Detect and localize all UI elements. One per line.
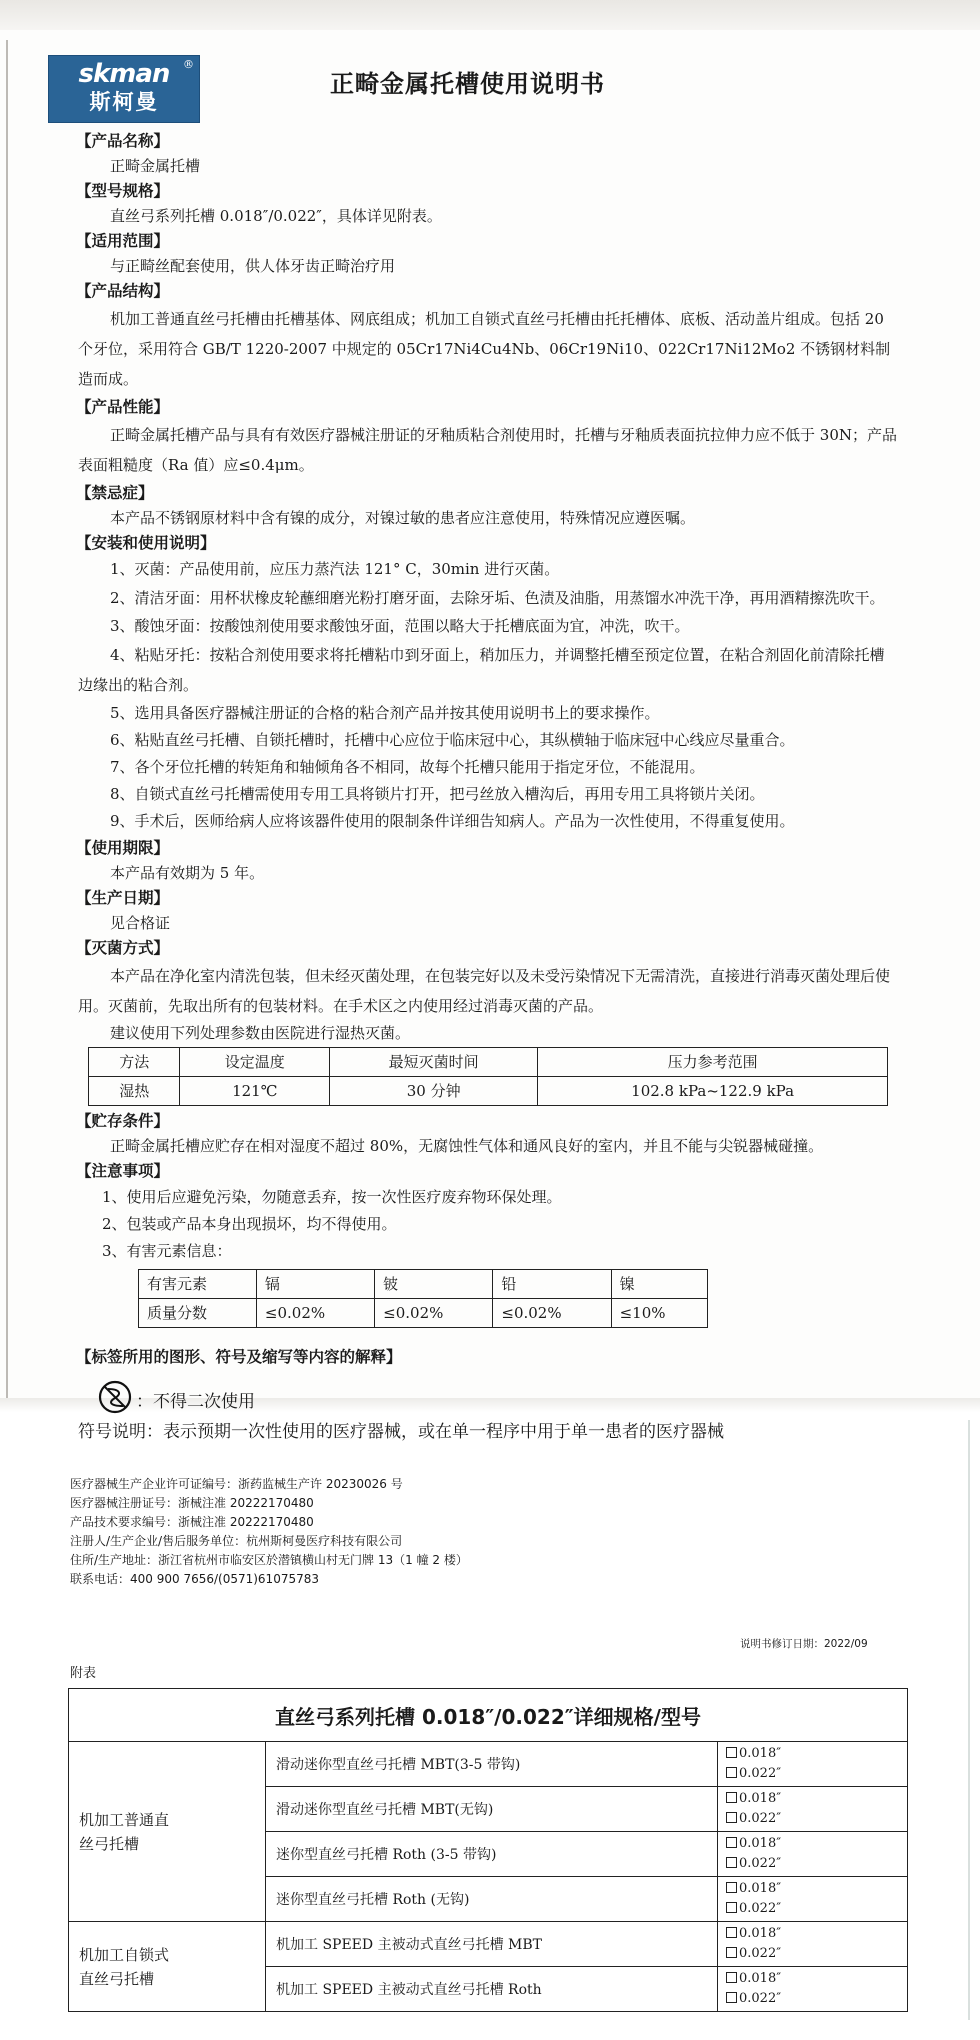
- install-step: 7、各个牙位托槽的转矩角和轴倾角各不相同，故每个托槽只能用于指定牙位，不能混用。: [78, 754, 898, 781]
- note-item: 3、有害元素信息：: [78, 1238, 898, 1265]
- checkbox-icon[interactable]: [726, 1857, 737, 1868]
- heading-installation: 【安装和使用说明】: [76, 530, 898, 556]
- group-name-line: 机加工普通直: [79, 1808, 264, 1832]
- table-header-cell: 压力参考范围: [538, 1048, 888, 1077]
- table-header-cell: 设定温度: [180, 1048, 330, 1077]
- storage-text: 正畸金属托槽应贮存在相对湿度不超过 80%，无腐蚀性气体和通风良好的室内，并且不…: [78, 1134, 898, 1158]
- checkbox-icon[interactable]: [726, 1882, 737, 1893]
- symbol-label: ：不得二次使用: [136, 1390, 255, 1414]
- table-header-cell: 最短灭菌时间: [330, 1048, 538, 1077]
- table-cell: ≤0.02%: [375, 1299, 493, 1328]
- registrant: 注册人/生产企业/售后服务单位：杭州斯柯曼医疗科技有限公司: [70, 1532, 468, 1551]
- shelf-life-text: 本产品有效期为 5 年。: [78, 861, 898, 885]
- checkbox-0018[interactable]: 0.018″: [726, 1834, 906, 1854]
- model-name: 机加工 SPEED 主被动式直丝弓托槽 MBT: [266, 1922, 718, 1967]
- install-step: 5、选用具备医疗器械注册证的合格的粘合剂产品并按其使用说明书上的要求操作。: [78, 700, 898, 727]
- option-label: 0.022″: [739, 1901, 781, 1916]
- table-cell: 湿热: [89, 1077, 180, 1106]
- hazard-element-table: 有害元素 镉 铍 铅 镍 质量分数 ≤0.02% ≤0.02% ≤0.02% ≤…: [138, 1269, 708, 1328]
- production-date-text: 见合格证: [78, 911, 898, 935]
- table-row: 机加工自锁式 直丝弓托槽 机加工 SPEED 主被动式直丝弓托槽 MBT 0.0…: [69, 1922, 908, 1967]
- option-label: 0.022″: [739, 1991, 781, 2006]
- revision-date: 说明书修订日期：2022/09: [740, 1636, 868, 1651]
- size-options: 0.018″ 0.022″: [718, 1967, 908, 2012]
- checkbox-0018[interactable]: 0.018″: [726, 1789, 906, 1809]
- checkbox-icon[interactable]: [726, 1747, 737, 1758]
- checkbox-icon[interactable]: [726, 1767, 737, 1778]
- table-row: 质量分数 ≤0.02% ≤0.02% ≤0.02% ≤10%: [139, 1299, 708, 1328]
- manufacturer-info: 医疗器械生产企业许可证编号：浙药监械生产许 20230026 号 医疗器械注册证…: [70, 1475, 468, 1589]
- checkbox-icon[interactable]: [726, 1972, 737, 1983]
- checkbox-0022[interactable]: 0.022″: [726, 1944, 906, 1964]
- paper-edge-right: [968, 1420, 970, 2020]
- install-step: 1、灭菌：产品使用前，应压力蒸汽法 121° C，30min 进行灭菌。: [78, 556, 898, 583]
- install-step: 2、清洁牙面：用杯状橡皮轮蘸细磨光粉打磨牙面，去除牙垢、色渍及油脂，用蒸馏水冲洗…: [78, 583, 898, 613]
- install-step: 8、自锁式直丝弓托槽需使用专用工具将锁片打开，把弓丝放入槽沟后，再用专用工具将锁…: [78, 781, 898, 808]
- document-body: 【产品名称】 正畸金属托槽 【型号规格】 直丝弓系列托槽 0.018″/0.02…: [78, 128, 898, 1444]
- contraindication-text: 本产品不锈钢原材料中含有镍的成分，对镍过敏的患者应注意使用，特殊情况应遵医嘱。: [78, 506, 898, 530]
- heading-model-spec: 【型号规格】: [76, 178, 898, 204]
- checkbox-icon[interactable]: [726, 1792, 737, 1803]
- brand-logo: ® skman 斯柯曼: [48, 55, 200, 123]
- heading-symbols: 【标签所用的图形、符号及缩写等内容的解释】: [76, 1344, 898, 1370]
- heading-product-name: 【产品名称】: [76, 128, 898, 154]
- product-name-text: 正畸金属托槽: [78, 154, 898, 178]
- logo-text-zh: 斯柯曼: [49, 89, 199, 115]
- sterilization-table: 方法 设定温度 最短灭菌时间 压力参考范围 湿热 121℃ 30 分钟 102.…: [88, 1047, 888, 1106]
- model-name: 迷你型直丝弓托槽 Roth (3-5 带钩): [266, 1832, 718, 1877]
- license-number: 医疗器械生产企业许可证编号：浙药监械生产许 20230026 号: [70, 1475, 468, 1494]
- table-header-cell: 方法: [89, 1048, 180, 1077]
- install-step: 9、手术后，医师给病人应将该器件使用的限制条件详细告知病人。产品为一次性使用，不…: [78, 808, 898, 835]
- table-row: 机加工普通直 丝弓托槽 滑动迷你型直丝弓托槽 MBT(3-5 带钩) 0.018…: [69, 1742, 908, 1787]
- option-label: 0.018″: [739, 1746, 781, 1761]
- table-cell: ≤0.02%: [493, 1299, 611, 1328]
- option-label: 0.018″: [739, 1881, 781, 1896]
- do-not-reuse-icon: [98, 1380, 132, 1414]
- install-step: 6、粘贴直丝弓托槽、自锁托槽时，托槽中心应位于临床冠中心，其纵横轴于临床冠中心线…: [78, 727, 898, 754]
- option-label: 0.018″: [739, 1791, 781, 1806]
- model-name: 滑动迷你型直丝弓托槽 MBT(3-5 带钩): [266, 1742, 718, 1787]
- tech-requirement-number: 产品技术要求编号：浙械注准 20222170480: [70, 1513, 468, 1532]
- paper-edge: [6, 40, 8, 1400]
- checkbox-icon[interactable]: [726, 1947, 737, 1958]
- scan-top-edge: [0, 0, 980, 30]
- checkbox-0022[interactable]: 0.022″: [726, 1899, 906, 1919]
- size-options: 0.018″ 0.022″: [718, 1787, 908, 1832]
- checkbox-0018[interactable]: 0.018″: [726, 1969, 906, 1989]
- table-header-cell: 镉: [256, 1270, 374, 1299]
- heading-structure: 【产品结构】: [76, 278, 898, 304]
- heading-shelf-life: 【使用期限】: [76, 835, 898, 861]
- size-options: 0.018″ 0.022″: [718, 1922, 908, 1967]
- heading-contraindication: 【禁忌症】: [76, 480, 898, 506]
- option-label: 0.022″: [739, 1811, 781, 1826]
- table-header-cell: 铅: [493, 1270, 611, 1299]
- option-label: 0.018″: [739, 1836, 781, 1851]
- install-step: 4、粘贴牙托：按粘合剂使用要求将托槽粘巾到牙面上，稍加压力，并调整托槽至预定位置…: [78, 640, 898, 700]
- table-cell: ≤10%: [611, 1299, 707, 1328]
- option-label: 0.022″: [739, 1766, 781, 1781]
- table-header-row: 有害元素 镉 铍 铅 镍: [139, 1270, 708, 1299]
- note-item: 1、使用后应避免污染，勿随意丢弃，按一次性医疗废弃物环保处理。: [78, 1184, 898, 1211]
- document-title: 正畸金属托槽使用说明书: [330, 64, 605, 99]
- table-header-cell: 有害元素: [139, 1270, 257, 1299]
- phone: 联系电话：400 900 7656/(0571)61075783: [70, 1570, 468, 1589]
- checkbox-icon[interactable]: [726, 1812, 737, 1823]
- table-header-row: 方法 设定温度 最短灭菌时间 压力参考范围: [89, 1048, 888, 1077]
- checkbox-icon[interactable]: [726, 1902, 737, 1913]
- sterilization-text: 本产品在净化室内清洗包装，但未经灭菌处理，在包装完好以及未受污染情况下无需清洗，…: [78, 961, 898, 1021]
- group-name-line: 机加工自锁式: [79, 1943, 264, 1967]
- heading-scope: 【适用范围】: [76, 228, 898, 254]
- checkbox-0018[interactable]: 0.018″: [726, 1924, 906, 1944]
- size-options: 0.018″ 0.022″: [718, 1742, 908, 1787]
- table-cell: ≤0.02%: [256, 1299, 374, 1328]
- heading-production-date: 【生产日期】: [76, 885, 898, 911]
- group-cell: 机加工普通直 丝弓托槽: [69, 1742, 266, 1922]
- scope-text: 与正畸丝配套使用，供人体牙齿正畸治疗用: [78, 254, 898, 278]
- registration-number: 医疗器械注册证号：浙械注准 20222170480: [70, 1494, 468, 1513]
- structure-text: 机加工普通直丝弓托槽由托槽基体、网底组成；机加工自锁式直丝弓托槽由托托槽体、底板…: [78, 304, 898, 394]
- table-cell: 质量分数: [139, 1299, 257, 1328]
- option-label: 0.022″: [739, 1946, 781, 1961]
- model-name: 滑动迷你型直丝弓托槽 MBT(无钩): [266, 1787, 718, 1832]
- table-header-cell: 镍: [611, 1270, 707, 1299]
- model-name: 迷你型直丝弓托槽 Roth (无钩): [266, 1877, 718, 1922]
- table-header-cell: 铍: [375, 1270, 493, 1299]
- symbol-explanation: 符号说明：表示预期一次性使用的医疗器械，或在单一程序中用于单一患者的医疗器械: [78, 1420, 898, 1444]
- checkbox-0022[interactable]: 0.022″: [726, 1989, 906, 2009]
- checkbox-icon[interactable]: [726, 1837, 737, 1848]
- size-options: 0.018″ 0.022″: [718, 1877, 908, 1922]
- logo-text-en: skman: [49, 59, 199, 89]
- performance-text: 正畸金属托槽产品与具有有效医疗器械注册证的牙釉质粘合剂使用时，托槽与牙釉质表面抗…: [78, 420, 898, 480]
- option-label: 0.022″: [739, 1856, 781, 1871]
- group-cell: 机加工自锁式 直丝弓托槽: [69, 1922, 266, 2012]
- symbol-row: ：不得二次使用: [78, 1380, 898, 1414]
- install-step: 3、酸蚀牙面：按酸蚀剂使用要求酸蚀牙面，范围以略大于托槽底面为宜，冲洗，吹干。: [78, 613, 898, 640]
- spec-table-title: 直丝弓系列托槽 0.018″/0.022″详细规格/型号: [69, 1689, 908, 1742]
- heading-sterilization: 【灭菌方式】: [76, 935, 898, 961]
- annex-label: 附表: [70, 1662, 96, 1681]
- group-name-line: 直丝弓托槽: [79, 1967, 264, 1991]
- checkbox-icon[interactable]: [726, 1927, 737, 1938]
- heading-performance: 【产品性能】: [76, 394, 898, 420]
- size-options: 0.018″ 0.022″: [718, 1832, 908, 1877]
- table-row: 湿热 121℃ 30 分钟 102.8 kPa~122.9 kPa: [89, 1077, 888, 1106]
- registered-mark: ®: [183, 58, 194, 71]
- checkbox-icon[interactable]: [726, 1992, 737, 2003]
- model-name: 机加工 SPEED 主被动式直丝弓托槽 Roth: [266, 1967, 718, 2012]
- heading-storage: 【贮存条件】: [76, 1108, 898, 1134]
- checkbox-0022[interactable]: 0.022″: [726, 1764, 906, 1784]
- note-item: 2、包装或产品本身出现损坏，均不得使用。: [78, 1211, 898, 1238]
- group-name-line: 丝弓托槽: [79, 1832, 264, 1856]
- model-spec-text: 直丝弓系列托槽 0.018″/0.022″，具体详见附表。: [78, 204, 898, 228]
- address: 住所/生产地址：浙江省杭州市临安区於潜镇横山村无门牌 13（1 幢 2 楼）: [70, 1551, 468, 1570]
- checkbox-0022[interactable]: 0.022″: [726, 1854, 906, 1874]
- checkbox-0018[interactable]: 0.018″: [726, 1879, 906, 1899]
- option-label: 0.018″: [739, 1926, 781, 1941]
- table-cell: 121℃: [180, 1077, 330, 1106]
- checkbox-0022[interactable]: 0.022″: [726, 1809, 906, 1829]
- option-label: 0.018″: [739, 1971, 781, 1986]
- table-cell: 30 分钟: [330, 1077, 538, 1106]
- spec-table: 直丝弓系列托槽 0.018″/0.022″详细规格/型号 机加工普通直 丝弓托槽…: [68, 1688, 908, 2012]
- heading-notes: 【注意事项】: [76, 1158, 898, 1184]
- checkbox-0018[interactable]: 0.018″: [726, 1744, 906, 1764]
- table-cell: 102.8 kPa~122.9 kPa: [538, 1077, 888, 1106]
- sterilization-recommend: 建议使用下列处理参数由医院进行湿热灭菌。: [78, 1021, 898, 1045]
